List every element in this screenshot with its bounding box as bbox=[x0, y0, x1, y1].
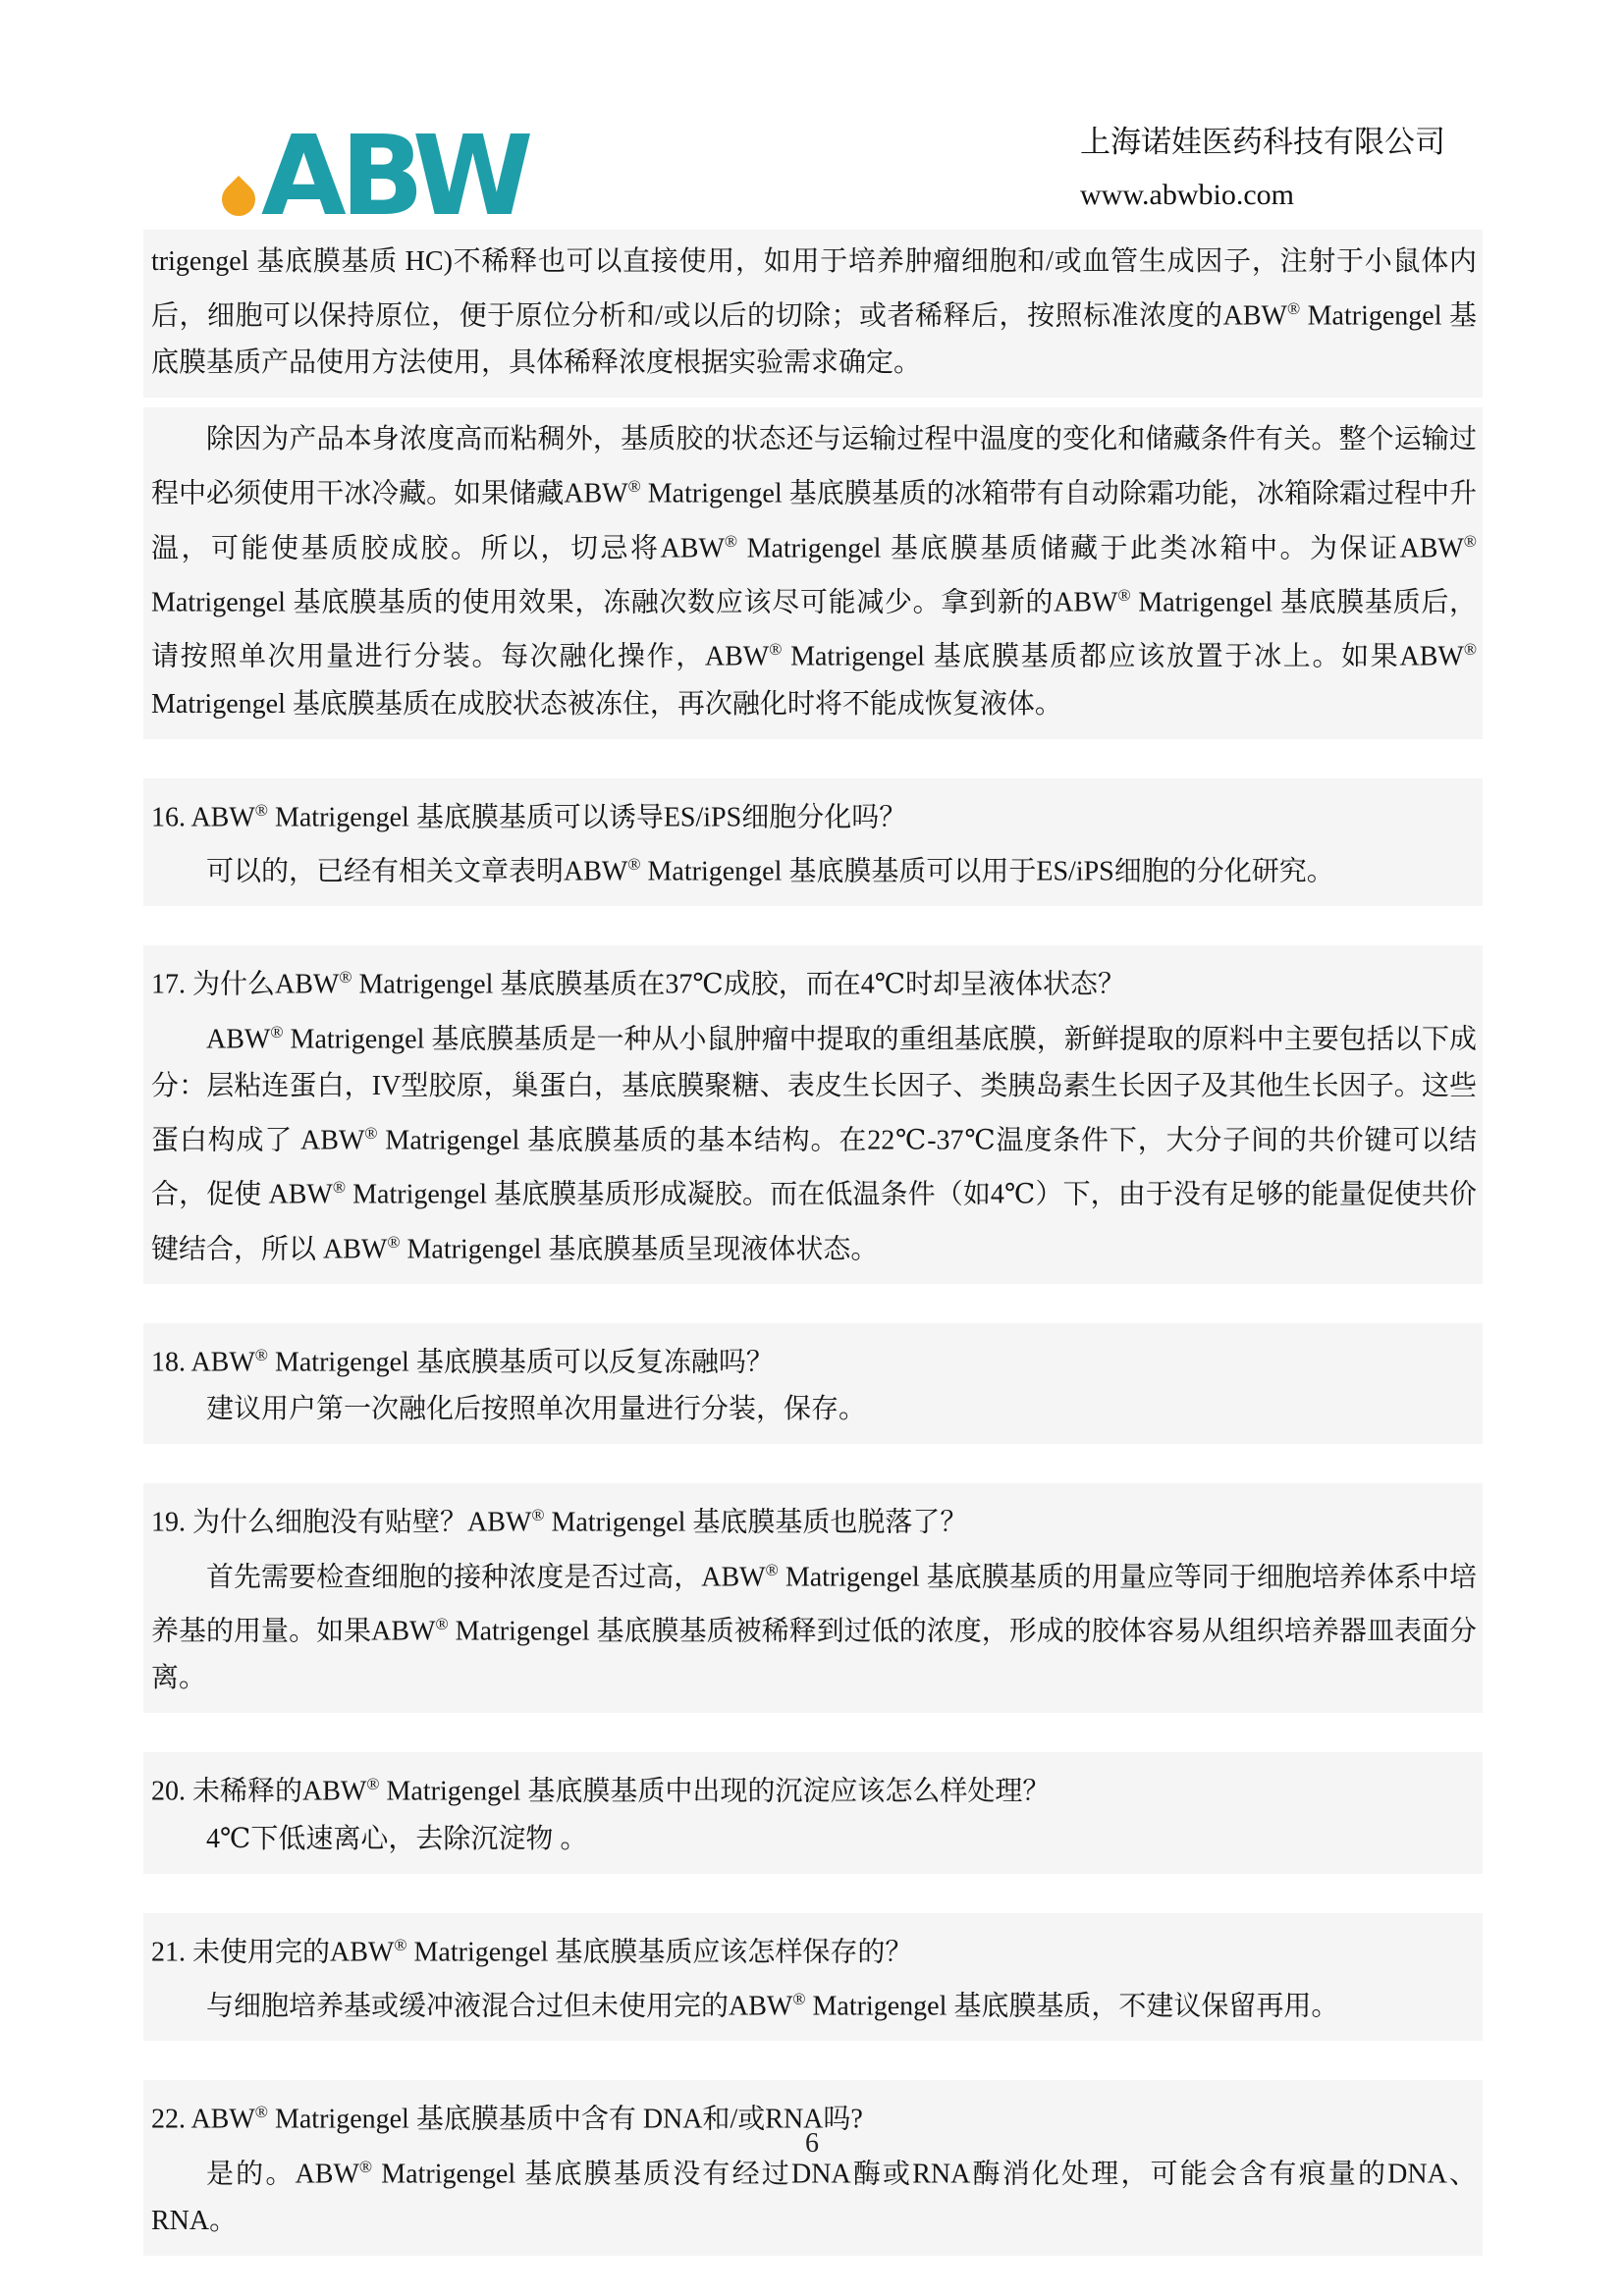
faq-question: 19. 为什么细胞没有贴壁？ABW® Matrigengel 基底膜基质也脱落了… bbox=[151, 1492, 1477, 1546]
faq-answer: 4℃下低速离心，去除沉淀物 。 bbox=[151, 1816, 1477, 1863]
faq-answer: 与细胞培养基或缓冲液混合过但未使用完的ABW® Matrigengel 基底膜基… bbox=[151, 1976, 1477, 2030]
faq-question: 17. 为什么ABW® Matrigengel 基底膜基质在37℃成胶，而在4℃… bbox=[151, 954, 1477, 1008]
logo-text: ABW bbox=[261, 129, 527, 226]
faq-item-21: 21. 未使用完的ABW® Matrigengel 基底膜基质应该怎样保存的？ … bbox=[143, 1913, 1483, 2042]
faq-question: 20. 未稀释的ABW® Matrigengel 基底膜基质中出现的沉淀应该怎么… bbox=[151, 1761, 1477, 1815]
document-body: trigengel 基底膜基质 HC)不稀释也可以直接使用，如用于培养肿瘤细胞和… bbox=[143, 230, 1483, 2295]
faq-answer: ABW® Matrigengel 基底膜基质是一种从小鼠肿瘤中提取的重组基底膜，… bbox=[151, 1009, 1477, 1273]
faq-item-20: 20. 未稀释的ABW® Matrigengel 基底膜基质中出现的沉淀应该怎么… bbox=[143, 1752, 1483, 1873]
intro-paragraph-block: trigengel 基底膜基质 HC)不稀释也可以直接使用，如用于培养肿瘤细胞和… bbox=[143, 230, 1483, 398]
faq-item-22: 22. ABW® Matrigengel 基底膜基质中含有 DNA和/或RNA吗… bbox=[143, 2080, 1483, 2256]
company-website: www.abwbio.com bbox=[1080, 177, 1445, 214]
faq-answer: 建议用户第一次融化后按照单次用量进行分装，保存。 bbox=[151, 1386, 1477, 1433]
faq-item-16: 16. ABW® Matrigengel 基底膜基质可以诱导ES/iPS细胞分化… bbox=[143, 778, 1483, 907]
faq-item-18: 18. ABW® Matrigengel 基底膜基质可以反复冻融吗？ 建议用户第… bbox=[143, 1323, 1483, 1444]
paragraph: trigengel 基底膜基质 HC)不稀释也可以直接使用，如用于培养肿瘤细胞和… bbox=[151, 239, 1477, 387]
faq-item-19: 19. 为什么细胞没有贴壁？ABW® Matrigengel 基底膜基质也脱落了… bbox=[143, 1483, 1483, 1713]
intro-paragraph-block: 除因为产品本身浓度高而粘稠外，基质胶的状态还与运输过程中温度的变化和储藏条件有关… bbox=[143, 407, 1483, 738]
faq-question: 18. ABW® Matrigengel 基底膜基质可以反复冻融吗？ bbox=[151, 1332, 1477, 1386]
paragraph: 除因为产品本身浓度高而粘稠外，基质胶的状态还与运输过程中温度的变化和储藏条件有关… bbox=[151, 416, 1477, 727]
faq-answer: 首先需要检查细胞的接种浓度是否过高，ABW® Matrigengel 基底膜基质… bbox=[151, 1547, 1477, 1703]
company-name: 上海诺娃医药科技有限公司 bbox=[1080, 124, 1445, 161]
faq-question: 21. 未使用完的ABW® Matrigengel 基底膜基质应该怎样保存的？ bbox=[151, 1922, 1477, 1976]
faq-question: 16. ABW® Matrigengel 基底膜基质可以诱导ES/iPS细胞分化… bbox=[151, 787, 1477, 841]
faq-answer: 可以的，已经有相关文章表明ABW® Matrigengel 基底膜基质可以用于E… bbox=[151, 841, 1477, 895]
page-number: 6 bbox=[0, 2128, 1624, 2160]
header-company-info: 上海诺娃医药科技有限公司 www.abwbio.com bbox=[1080, 124, 1445, 214]
company-logo: ABW bbox=[222, 116, 527, 226]
logo-droplet-icon bbox=[215, 176, 262, 223]
faq-item-17: 17. 为什么ABW® Matrigengel 基底膜基质在37℃成胶，而在4℃… bbox=[143, 945, 1483, 1284]
